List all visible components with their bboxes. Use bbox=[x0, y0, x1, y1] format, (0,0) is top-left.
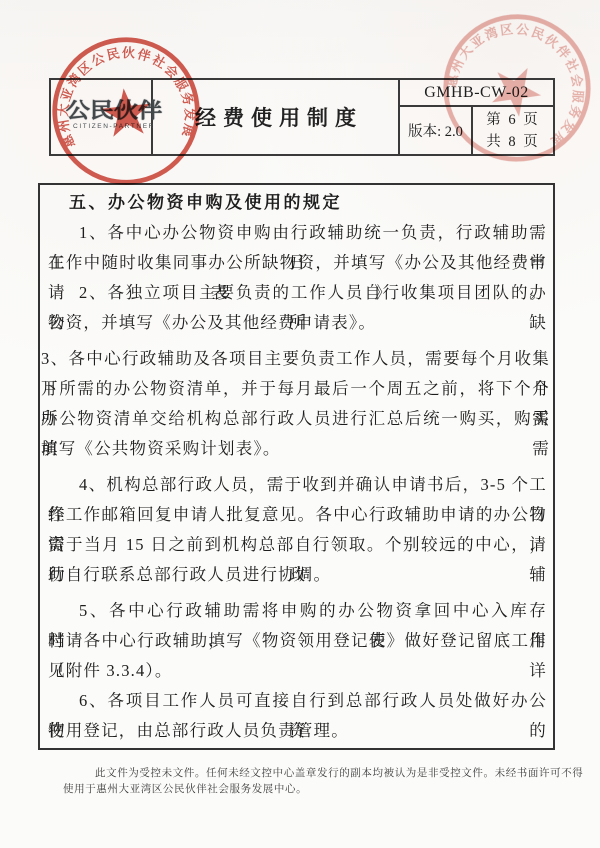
doc-meta-cell: GMHB-CW-02 版本: 2.0 第 6 页 共 8 页 bbox=[400, 80, 553, 154]
document-code: GMHB-CW-02 bbox=[400, 80, 553, 107]
body-line: 2、各独立项目主要负责的工作人员自行收集项目团队的办公所缺 bbox=[48, 278, 547, 308]
body-line: 工作中随时收集同事办公所缺物资，并填写《办公及其他经费申请表》。 bbox=[48, 248, 547, 278]
meta-bottom-row: 版本: 2.0 第 6 页 共 8 页 bbox=[400, 107, 553, 154]
section-heading: 五、办公物资申购及使用的规定 bbox=[48, 188, 547, 218]
body-line: 时请各中心行政辅助填写《物资领用登记表》做好登记留底工作（详 bbox=[48, 626, 547, 656]
body-line: 需于当月 15 日之前到机构总部自行领取。个别较远的中心，请行政辅 bbox=[48, 530, 547, 560]
page-current: 第 6 页 bbox=[486, 109, 540, 131]
body-line: 4、机构总部行政人员，需于收到并确认申请书后，3-5 个工作日 bbox=[48, 470, 547, 500]
version-label: 版本: 2.0 bbox=[400, 107, 473, 154]
regulations-box: 五、办公物资申购及使用的规定 1、各中心办公物资申购由行政辅助统一负责，行政辅助… bbox=[38, 183, 555, 750]
document-title: 经费使用制度 bbox=[188, 102, 363, 132]
logo-cell: 公民伙伴 CITIZEN-PARTNER bbox=[51, 80, 153, 154]
title-cell: 经费使用制度 bbox=[153, 80, 400, 154]
logo-wordmark: 公民伙伴 bbox=[56, 99, 172, 121]
org-logo: 公民伙伴 CITIZEN-PARTNER bbox=[59, 98, 169, 130]
body-line: 月所需的办公物资清单，并于每月最后一个周五之前，将下个月所需 bbox=[41, 374, 550, 404]
body-line: 3、各中心行政辅助及各项目主要负责工作人员，需要每个月收集下个 bbox=[41, 344, 550, 374]
control-notice: 此文件为受控未文件。任何未经文控中心盖章发行的副本均被认为是非受控文件。未经书面… bbox=[63, 766, 545, 798]
body-line: 5、各中心行政辅助需将申购的办公物资拿回中心入库存档，使用 bbox=[48, 596, 547, 626]
body-line: 办公物资清单交给机构总部行政人员进行汇总后统一购买，购买前需 bbox=[41, 404, 550, 434]
page-total: 共 8 页 bbox=[486, 131, 540, 153]
control-notice-line1: 此文件为受控未文件。任何未经文控中心盖章发行的副本均被认为是非受控文件。未经书面… bbox=[63, 766, 545, 782]
header-table: 公民伙伴 CITIZEN-PARTNER 经费使用制度 GMHB-CW-02 版… bbox=[49, 78, 555, 156]
body-line: 经工作邮箱回复申请人批复意见。各中心行政辅助申请的办公物资， bbox=[48, 500, 547, 530]
logo-subtitle: CITIZEN-PARTNER bbox=[59, 123, 169, 130]
body-line: 1、各中心办公物资申购由行政辅助统一负责，行政辅助需在日常 bbox=[48, 218, 547, 248]
control-notice-line2: 使用于惠州大亚湾区公民伙伴社会服务发展中心。 bbox=[63, 782, 545, 798]
document-page: { "header": { "logo_text": "公民伙伴", "logo… bbox=[0, 0, 600, 848]
body-line: 6、各项目工作人员可直接自行到总部行政人员处做好办公物资的 bbox=[48, 686, 547, 716]
page-indicator: 第 6 页 共 8 页 bbox=[473, 107, 553, 154]
